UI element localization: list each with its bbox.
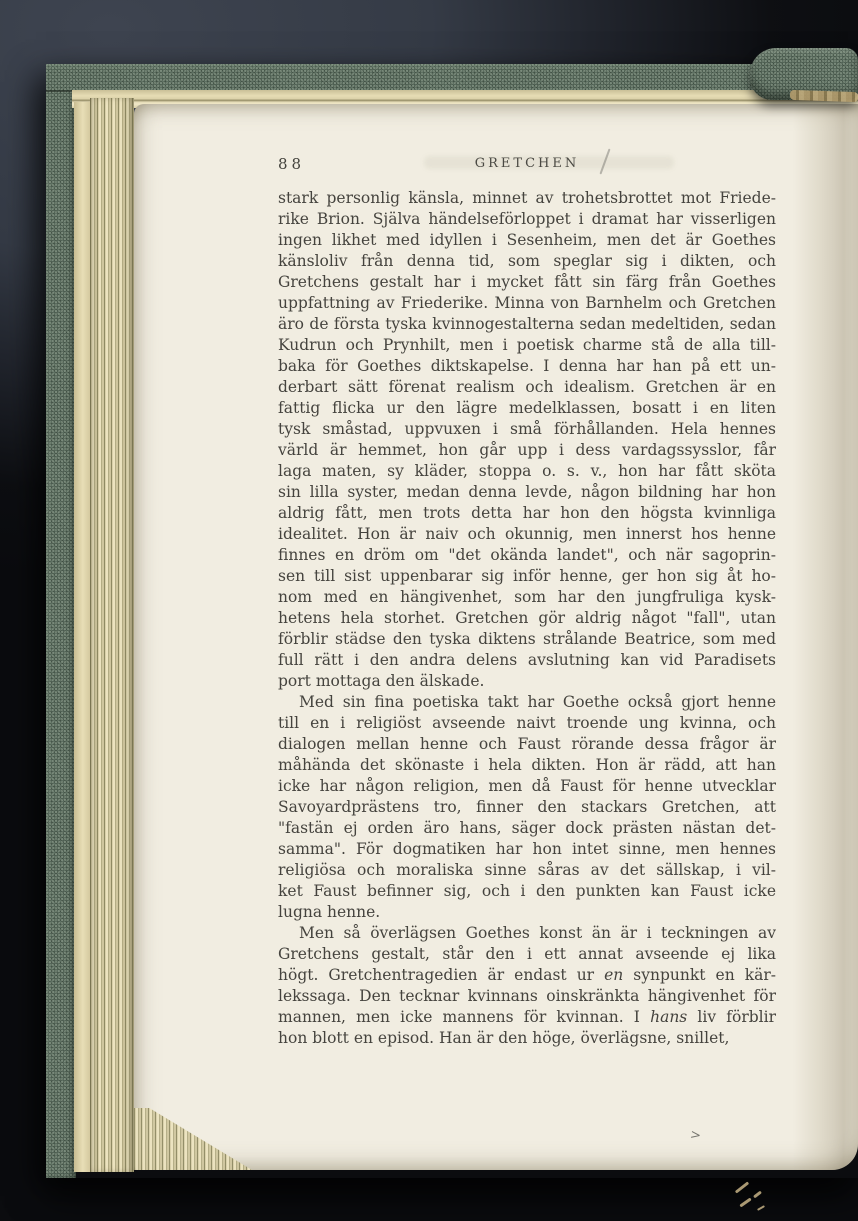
text-line: samma". För dogmatiken har hon intet sin…: [278, 839, 776, 860]
text-line: Savoyardprästens tro, finner den stackar…: [278, 797, 776, 818]
text-line: finnes en dröm om "det okända landet", o…: [278, 545, 776, 566]
text-line: Med sin fina poetiska takt har Goethe oc…: [278, 692, 776, 713]
text-line: Men så överlägsen Goethes konst än är i …: [278, 923, 776, 944]
text-line: nom med en hängivenhet, som har den jung…: [278, 587, 776, 608]
page-block-left-edge: [90, 98, 134, 1172]
text-line: fattig flicka ur den lägre medelklassen,…: [278, 398, 776, 419]
text-line: baka för Goethes diktskapelse. I denna h…: [278, 356, 776, 377]
text-line: ket Faust befinner sig, och i den punkte…: [278, 881, 776, 902]
paragraph: Med sin fina poetiska takt har Goethe oc…: [278, 692, 776, 923]
book-photograph: 88 GRETCHEN stark personlig känsla, minn…: [0, 0, 858, 1221]
text-line: äro de första tyska kvinnogestalterna se…: [278, 314, 776, 335]
text-line: förblir städse den tyska diktens strålan…: [278, 629, 776, 650]
text-line: rike Brion. Själva händelseförloppet i d…: [278, 209, 776, 230]
text-line: värld är hemmet, hon går upp i dess vard…: [278, 440, 776, 461]
text-line: lugna henne.: [278, 902, 776, 923]
text-line: laga maten, sy kläder, stoppa o. s. v., …: [278, 461, 776, 482]
text-line: tysk småstad, uppvuxen i små förhållande…: [278, 419, 776, 440]
text-line: ingen likhet med idyllen i Sesenheim, me…: [278, 230, 776, 251]
book: 88 GRETCHEN stark personlig känsla, minn…: [46, 64, 858, 1178]
text-line: känsloliv från denna tid, som speglar si…: [278, 251, 776, 272]
text-line: full rätt i den andra delens avslutning …: [278, 650, 776, 671]
stray-mark: >: [689, 1127, 702, 1143]
text-line: "fastän ej orden äro hans, säger dock pr…: [278, 818, 776, 839]
text-line: Kudrun och Prynhilt, men i poetisk charm…: [278, 335, 776, 356]
text-line: Gretchens gestalt, står den i ett annat …: [278, 944, 776, 965]
text-line: icke har någon religion, men då Faust fö…: [278, 776, 776, 797]
text-line: högt. Gretchentragedien är endast ur en …: [278, 965, 776, 986]
text-line: till en i religiöst avseende naivt troen…: [278, 713, 776, 734]
text-line: aldrig fått, men trots detta har hon den…: [278, 503, 776, 524]
page-header: 88 GRETCHEN: [278, 154, 776, 176]
text-line: dialogen mellan henne och Faust rörande …: [278, 734, 776, 755]
paragraph: Men så överlägsen Goethes konst än är i …: [278, 923, 776, 1049]
text-line: måhända det skönaste i hela dikten. Hon …: [278, 755, 776, 776]
text-line: uppfattning av Friederike. Minna von Bar…: [278, 293, 776, 314]
book-cover-left-edge: [46, 64, 76, 1178]
book-cover-top-edge: [46, 64, 792, 92]
text-line: stark personlig känsla, minnet av trohet…: [278, 188, 776, 209]
text-line: hetens hela storhet. Gretchen gör aldrig…: [278, 608, 776, 629]
text-block: stark personlig känsla, minnet av trohet…: [278, 188, 776, 1049]
text-line: Gretchens gestalt har i mycket fått sin …: [278, 272, 776, 293]
endpaper-edge: [74, 102, 90, 1172]
text-line: sen till sist uppenbarar sig inför henne…: [278, 566, 776, 587]
text-line: idealitet. Hon är naiv och okunnig, men …: [278, 524, 776, 545]
text-line: sin lilla syster, medan denna levde, någ…: [278, 482, 776, 503]
paragraph: stark personlig känsla, minnet av trohet…: [278, 188, 776, 692]
text-line: lekssaga. Den tecknar kvinnans oinskränk…: [278, 986, 776, 1007]
text-line: religiösa och moraliska sinne såras av d…: [278, 860, 776, 881]
text-line: mannen, men icke mannens för kvinnan. I …: [278, 1007, 776, 1028]
running-header-title: GRETCHEN: [278, 156, 776, 171]
text-line: hon blott en episod. Han är den höge, öv…: [278, 1028, 776, 1049]
book-page: 88 GRETCHEN stark personlig känsla, minn…: [134, 104, 858, 1170]
text-line: port mottaga den älskade.: [278, 671, 776, 692]
text-line: derbart sätt förenat realism och idealis…: [278, 377, 776, 398]
